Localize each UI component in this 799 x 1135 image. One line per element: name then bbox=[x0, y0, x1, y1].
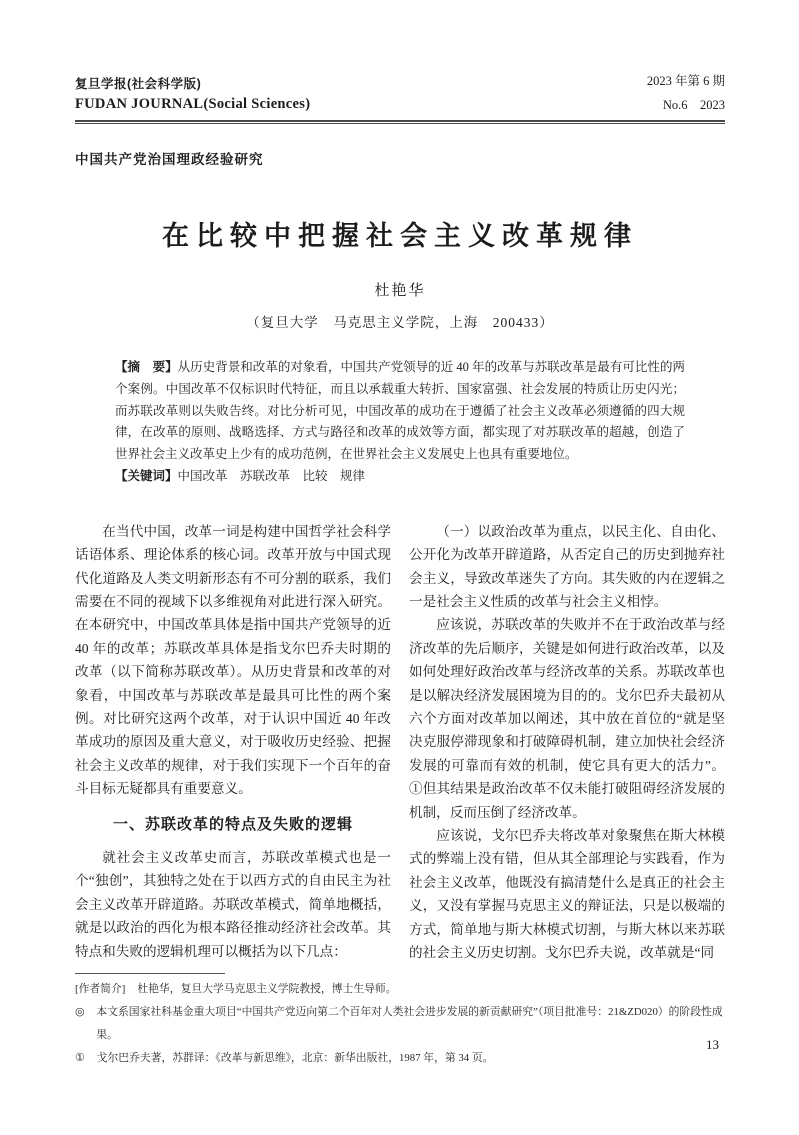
header-double-rule bbox=[75, 120, 725, 124]
issue-info-block: 2023 年第 6 期 No.6 2023 bbox=[647, 71, 725, 113]
page-content: 复旦学报(社会科学版) FUDAN JOURNAL(Social Science… bbox=[75, 0, 725, 1070]
article-title: 在比较中把握社会主义改革规律 bbox=[75, 214, 725, 253]
journal-page: 复旦学报(社会科学版) FUDAN JOURNAL(Social Science… bbox=[0, 0, 799, 1135]
paragraph: （一）以政治改革为重点，以民主化、自由化、公开化为改革开辟道路，从否定自己的历史… bbox=[409, 520, 725, 614]
paragraph: 应该说，戈尔巴乔夫将改革对象聚焦在斯大林模式的弊端上没有错，但从其全部理论与实践… bbox=[409, 824, 725, 964]
footnote-text: 戈尔巴乔夫著，苏群译：《改革与新思维》，北京：新华出版社，1987 年，第 34… bbox=[97, 1047, 725, 1070]
keywords-label: 【关键词】 bbox=[115, 469, 178, 483]
footnote-text: 本文系国家社科基金重大项目“中国共产党迈向第二个百年对人类社会进步发展的新贡献研… bbox=[96, 1001, 725, 1047]
right-column: （一）以政治改革为重点，以民主化、自由化、公开化为改革开辟道路，从否定自己的历史… bbox=[409, 520, 725, 965]
issue-info-en: No.6 2023 bbox=[647, 95, 725, 113]
journal-title-cn: 复旦学报(社会科学版) bbox=[75, 74, 310, 92]
paragraph: 在当代中国，改革一词是构建中国哲学社会科学话语体系、理论体系的核心词。改革开放与… bbox=[75, 520, 391, 801]
issue-info-cn: 2023 年第 6 期 bbox=[647, 71, 725, 89]
abstract: 【摘 要】从历史背景和改革的对象看，中国共产党领导的近 40 年的改革与苏联改革… bbox=[115, 357, 685, 466]
footnotes: [作者简介] 杜艳华，复旦大学马克思主义学院教授，博士生导师。 ◎ 本文系国家社… bbox=[75, 973, 725, 1070]
page-number: 13 bbox=[706, 1037, 719, 1053]
section-heading: 一、苏联改革的特点及失败的逻辑 bbox=[75, 813, 391, 836]
footnote: ◎ 本文系国家社科基金重大项目“中国共产党迈向第二个百年对人类社会进步发展的新贡… bbox=[75, 1001, 725, 1047]
left-column: 在当代中国，改革一词是构建中国哲学社会科学话语体系、理论体系的核心词。改革开放与… bbox=[75, 520, 391, 965]
journal-title-block: 复旦学报(社会科学版) FUDAN JOURNAL(Social Science… bbox=[75, 74, 310, 113]
footnote-marker: [作者简介] bbox=[75, 978, 125, 1001]
footnote: [作者简介] 杜艳华，复旦大学马克思主义学院教授，博士生导师。 bbox=[75, 978, 725, 1001]
paragraph: 应该说，苏联改革的失败并不在于政治改革与经济改革的先后顺序，关键是如何进行政治改… bbox=[409, 613, 725, 824]
footnote-divider bbox=[75, 973, 225, 974]
abstract-label: 【摘 要】 bbox=[115, 360, 178, 374]
keywords-text: 中国改革 苏联改革 比较 规律 bbox=[178, 469, 366, 483]
keywords: 【关键词】中国改革 苏联改革 比较 规律 bbox=[115, 466, 685, 488]
paragraph: 就社会主义改革史而言，苏联改革模式也是一个“独创”，其独特之处在于以西方式的自由… bbox=[75, 846, 391, 963]
author-affiliation: （复旦大学 马克思主义学院，上海 200433） bbox=[75, 311, 725, 331]
page-header: 复旦学报(社会科学版) FUDAN JOURNAL(Social Science… bbox=[75, 0, 725, 113]
footnote-marker: ① bbox=[75, 1047, 85, 1070]
abstract-block: 【摘 要】从历史背景和改革的对象看，中国共产党领导的近 40 年的改革与苏联改革… bbox=[115, 357, 685, 488]
body-columns: 在当代中国，改革一词是构建中国哲学社会科学话语体系、理论体系的核心词。改革开放与… bbox=[75, 520, 725, 965]
footnote-text: 杜艳华，复旦大学马克思主义学院教授，博士生导师。 bbox=[137, 978, 725, 1001]
footnote: ① 戈尔巴乔夫著，苏群译：《改革与新思维》，北京：新华出版社，1987 年，第 … bbox=[75, 1047, 725, 1070]
footnote-marker: ◎ bbox=[75, 1001, 84, 1047]
author-name: 杜艳华 bbox=[75, 279, 725, 300]
column-section-label: 中国共产党治国理政经验研究 bbox=[75, 148, 725, 168]
journal-title-en: FUDAN JOURNAL(Social Sciences) bbox=[75, 96, 310, 113]
abstract-text: 从历史背景和改革的对象看，中国共产党领导的近 40 年的改革与苏联改革是最有可比… bbox=[115, 360, 685, 461]
